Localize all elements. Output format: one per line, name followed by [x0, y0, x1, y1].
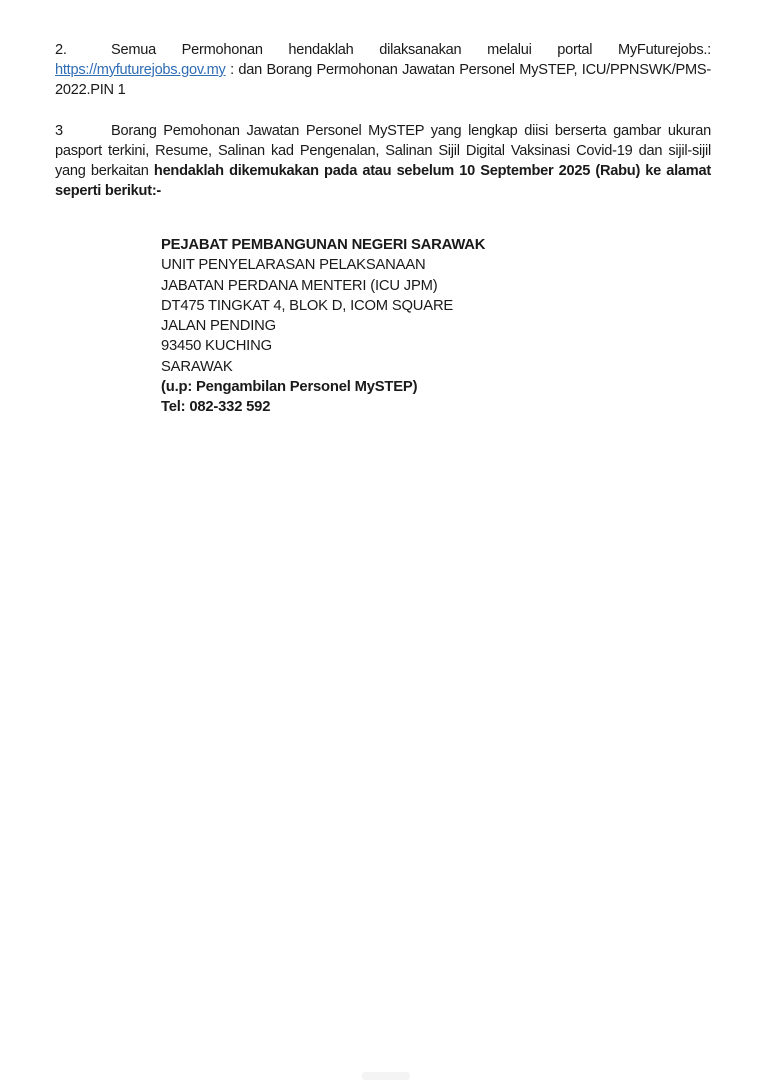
- document-page: 2.Semua Permohonan hendaklah dilaksanaka…: [0, 0, 780, 1080]
- paragraph-3-text: Borang Pemohonan Jawatan Personel MySTEP…: [111, 123, 711, 139]
- deadline-text: hendaklah dikemukakan pada atau sebelum …: [154, 163, 711, 179]
- paragraph-2-text-cont: : dan Borang Permohonan Jawatan Personel…: [226, 62, 711, 78]
- paragraph-3-line-4: seperti berikut:-: [55, 181, 711, 201]
- address-office-name: PEJABAT PEMBANGUNAN NEGERI SARAWAK: [161, 235, 485, 255]
- paragraph-2: 2.Semua Permohonan hendaklah dilaksanaka…: [55, 40, 711, 100]
- paragraph-number: 3: [55, 121, 111, 141]
- address-line: JABATAN PERDANA MENTERI (ICU JPM): [161, 276, 485, 296]
- paragraph-3: 3Borang Pemohonan Jawatan Personel MySTE…: [55, 121, 711, 201]
- paragraph-3-line-2: pasport terkini, Resume, Salinan kad Pen…: [55, 141, 711, 161]
- address-line: 93450 KUCHING: [161, 336, 485, 356]
- address-line: UNIT PENYELARASAN PELAKSANAAN: [161, 255, 485, 275]
- paragraph-2-line-1: 2.Semua Permohonan hendaklah dilaksanaka…: [55, 40, 711, 60]
- address-telephone: Tel: 082-332 592: [161, 397, 485, 417]
- paragraph-number: 2.: [55, 40, 111, 60]
- address-line: JALAN PENDING: [161, 316, 485, 336]
- scan-smudge: [362, 1072, 410, 1080]
- myfuturejobs-link[interactable]: https://myfuturejobs.gov.my: [55, 62, 226, 78]
- paragraph-2-line-3: 2022.PIN 1: [55, 80, 711, 100]
- mailing-address: PEJABAT PEMBANGUNAN NEGERI SARAWAK UNIT …: [161, 235, 485, 418]
- paragraph-3-line-3: yang berkaitan hendaklah dikemukakan pad…: [55, 161, 711, 181]
- paragraph-2-text: Semua Permohonan hendaklah dilaksanakan …: [111, 42, 711, 58]
- address-line: SARAWAK: [161, 357, 485, 377]
- paragraph-2-line-2: https://myfuturejobs.gov.my : dan Borang…: [55, 60, 711, 80]
- paragraph-3-line-1: 3Borang Pemohonan Jawatan Personel MySTE…: [55, 121, 711, 141]
- paragraph-3-text-normal: yang berkaitan: [55, 163, 154, 179]
- address-line: DT475 TINGKAT 4, BLOK D, ICOM SQUARE: [161, 296, 485, 316]
- address-attention: (u.p: Pengambilan Personel MySTEP): [161, 377, 485, 397]
